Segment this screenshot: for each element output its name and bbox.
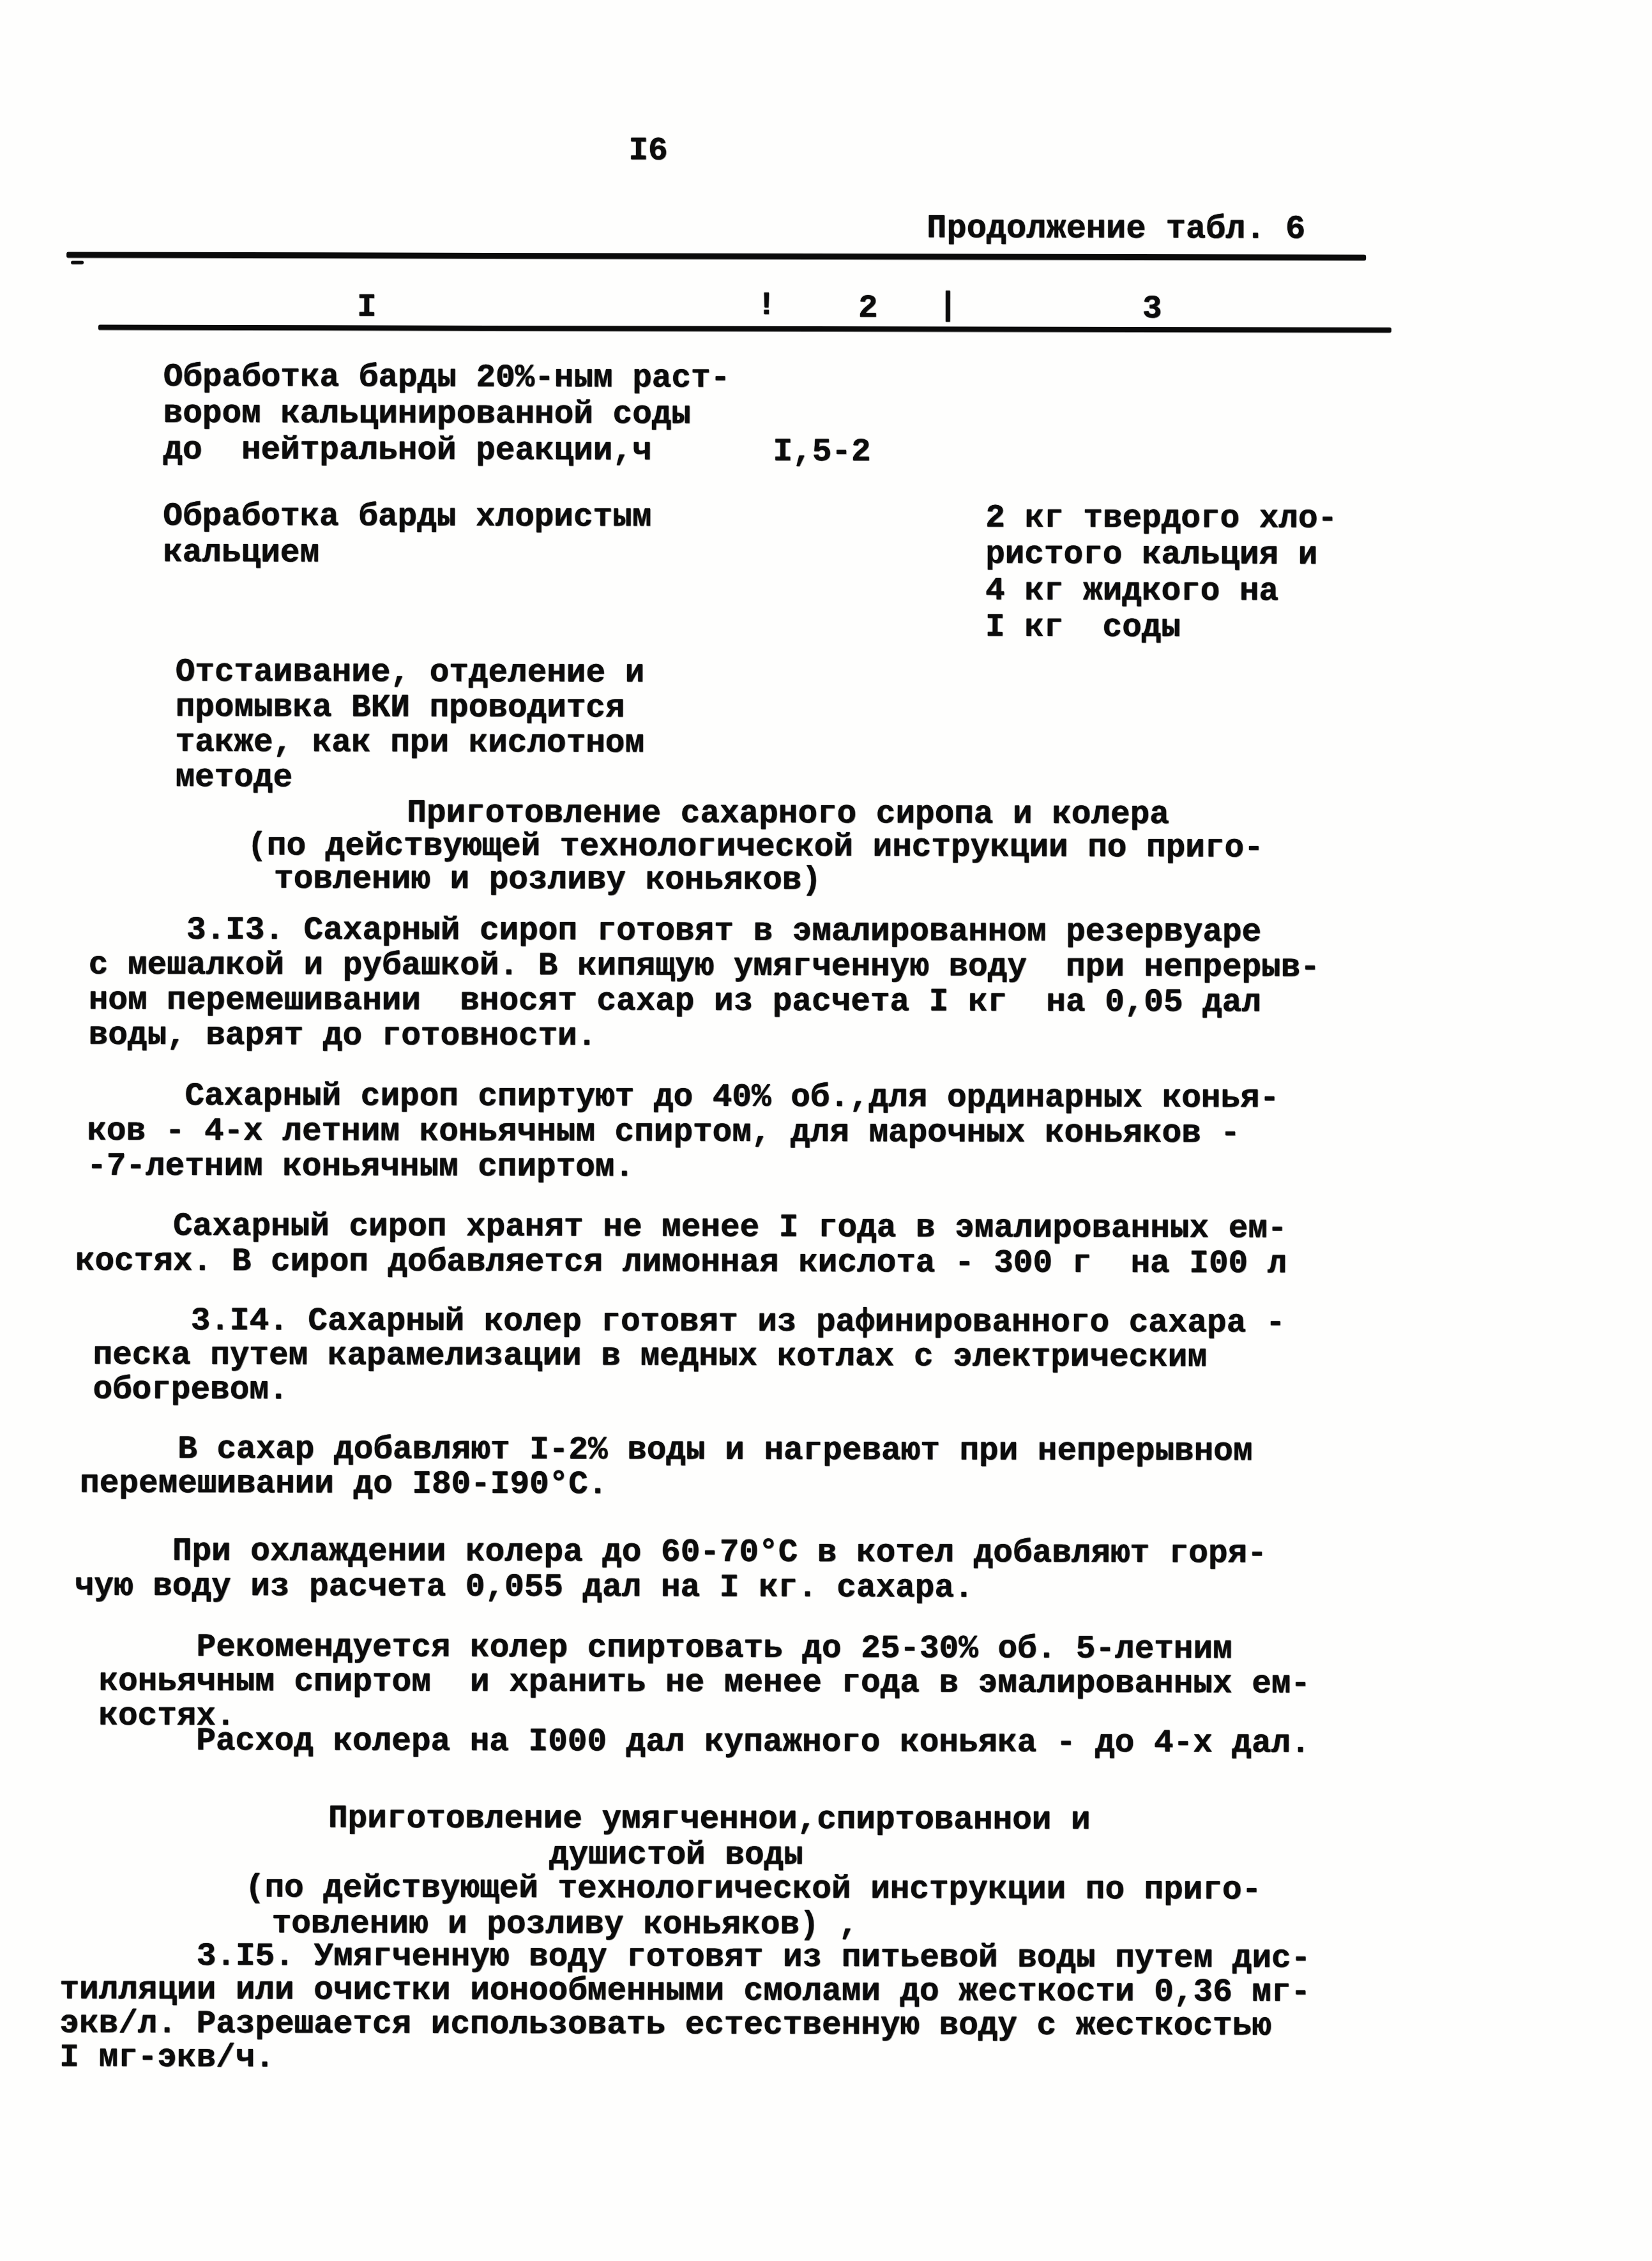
table-header-col3: 3 [1142,292,1162,327]
table-continuation-caption: Продолжение табл. 6 [927,211,1305,246]
water-section-title-line4: товлению и розливу коньяков) , [272,1907,858,1943]
paragraph-caramel-cooling: При охлаждении колера до 60-70°С в котел… [75,1534,1267,1607]
paragraph-3-15: 3.I5. Умягченную воду готовят из питьево… [59,1939,1310,2077]
water-section-title-line3: (по действующей технологической инструкц… [245,1871,1262,1908]
paragraph-caramel-consumption: Расход колера на I000 дал купажного конь… [98,1724,1310,1762]
paragraph-syrup-fortifying: Сахарный сироп спиртуют до 40% об.,для о… [87,1079,1279,1187]
syrup-section-title-line2: (по действующей технологической инструкц… [247,829,1264,866]
page-number: I6 [628,133,667,169]
table-top-rule [66,252,1366,261]
paragraph-caramel-heating: В сахар добавляют I-2% воды и нагревают … [80,1433,1253,1504]
paragraph-3-14: 3.I4. Сахарный колер готовят из рафиниро… [93,1304,1285,1410]
water-section-title-line1: Приготовление умягченнои,спиртованнои и [328,1801,1091,1838]
paragraph-syrup-storage: Сахарный сироп хранят не менее I года в … [75,1209,1287,1282]
syrup-section-title-line3: товлению и розливу коньяков) [274,862,821,898]
table-row2-dosage-value: 2 кг твердого хло- ристого кальция и 4 к… [985,501,1337,647]
table-header-tick-1: ! [757,289,777,324]
table-row3-operation: Отстаивание, отделение и промывка ВКИ пр… [175,655,644,797]
table-header-col1: I [357,290,377,325]
table-row2-operation: Обработка барды хлористым кальцием [163,499,651,573]
paragraph-caramel-recommendation: Рекомендуется колер спиртовать до 25-30%… [98,1631,1310,1737]
table-header-tick-2: | [938,289,958,324]
table-header-col2: 2 [858,291,878,326]
scan-content: I6 Продолжение табл. 6 I ! 2 | 3 Обработ… [0,0,1652,2261]
water-section-title-line2: душистой воды [549,1838,803,1873]
stray-mark [71,261,84,264]
table-row1-duration-value: I,5-2 [773,435,870,470]
paragraph-3-13: 3.I3. Сахарный сироп готовят в эмалирова… [89,913,1321,1056]
document-page: I6 Продолжение табл. 6 I ! 2 | 3 Обработ… [0,0,1652,2261]
table-header-bottom-rule [98,325,1391,333]
syrup-section-title-line1: Приготовление сахарного сиропа и колера [407,796,1169,833]
table-row1-operation: Обработка барды 20%-ным раст- вором каль… [163,359,730,470]
